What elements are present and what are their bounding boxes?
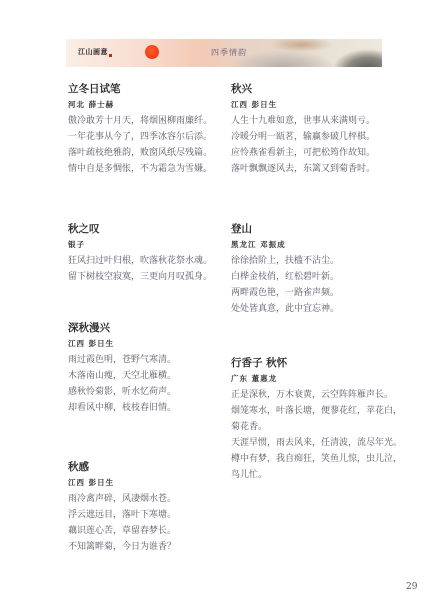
poem-line: 狂风扫过叶归根，吹落秋花祭水魂。 (68, 253, 212, 269)
poem-line: 留下树枝空寂寞，三更向月叹孤身。 (68, 269, 212, 285)
sun-icon (145, 45, 159, 59)
poem-line: 两畔霞色艳，一路雀声频。 (231, 285, 339, 301)
poem-author: 黑龙江 邓振成 (231, 240, 339, 250)
poem-line: 落叶疏枝绝雅韵，败窗风纸尽残篇。 (68, 145, 212, 161)
section-title: 四季情韵 (211, 47, 247, 58)
poem-line: 应怜燕雀看新主，可把松筠作故知。 (231, 145, 375, 161)
poem-line: 情中自是多惆怅，不为霜急为雪嫌。 (68, 161, 212, 177)
poem-line: 感秋怜菊影，听水忆荷声。 (68, 384, 176, 400)
poem: 秋感 江西 彭日生 雨冷禽声碎，风凄烟水苍。 浮云遮远目，落叶下寒塘。 藕识莲心… (68, 460, 176, 555)
poem-line: 木落南山瘦，天空北雁横。 (68, 368, 176, 384)
poem-line: 菊花香。 (231, 419, 402, 435)
poem-line: 冷暖分明一瓯茗，输赢参破几枰棋。 (231, 129, 375, 145)
header-banner: 江山画意 四季情韵 (66, 39, 382, 67)
poem: 秋兴 江西 彭日生 人生十九难如意，世事从来满则亏。 冷暖分明一瓯茗，输赢参破几… (231, 82, 375, 177)
poem: 登山 黑龙江 邓振成 徐徐拾阶上，扶槛不沾尘。 白桦金枝俏，红松碧叶新。 两畔霞… (231, 222, 339, 317)
poem-line: 浮云遮远目，落叶下寒塘。 (68, 507, 176, 523)
poem-title: 登山 (231, 222, 339, 236)
page-number: 29 (406, 582, 417, 592)
poem-line: 徐徐拾阶上，扶槛不沾尘。 (231, 253, 339, 269)
poem-line: 雨冷禽声碎，风凄烟水苍。 (68, 491, 176, 507)
poem-title: 行香子 秋怀 (231, 356, 402, 370)
poem-line: 一年花事从今了，四季冰容尔后添。 (68, 129, 212, 145)
banner-logo-text: 江山画意 (78, 47, 108, 56)
poem-title: 秋之叹 (68, 222, 212, 236)
poem-title: 秋感 (68, 460, 176, 474)
poem-line: 却看风中柳，枝枝春旧情。 (68, 400, 176, 416)
poem-title: 深秋漫兴 (68, 321, 176, 335)
poem-line: 傲冷敢芳十月天，将烟困柳雨廉纤。 (68, 113, 212, 129)
poem-author: 江西 彭日生 (68, 478, 176, 488)
poem-line: 人生十九难如意，世事从来满则亏。 (231, 113, 375, 129)
poem-line: 樽中有梦，我自痴狂，笑鱼儿惊，虫儿泣， (231, 451, 402, 467)
poem-line: 天涯早惯，雨去风来，任清波，流尽年光。 (231, 435, 402, 451)
poem-author: 银子 (68, 240, 212, 250)
banner-mountain-decoration (316, 41, 382, 67)
poem-author: 江西 彭日生 (231, 100, 375, 110)
poem: 立冬日试笔 河北 薛士赫 傲冷敢芳十月天，将烟困柳雨廉纤。 一年花事从今了，四季… (68, 82, 212, 177)
poem-line: 不知篱畔菊，今日为谁香？ (68, 539, 176, 555)
poem-author: 河北 薛士赫 (68, 100, 212, 110)
poem-line: 白桦金枝俏，红松碧叶新。 (231, 269, 339, 285)
poem-line: 藕识莲心苦，草留春梦长。 (68, 523, 176, 539)
seal-icon (109, 54, 112, 57)
poem-line: 落叶飘飘逐风去，东篱又到菊香时。 (231, 161, 375, 177)
poem-title: 秋兴 (231, 82, 375, 96)
poem-line: 处处皆真意，此中宜忘神。 (231, 301, 339, 317)
poem-line: 雨过霞色明，苍野气寒清。 (68, 352, 176, 368)
poem-title: 立冬日试笔 (68, 82, 212, 96)
poem: 行香子 秋怀 广东 董惠龙 正是深秋，万木衰黄，云空阵阵雁声长。 烟笼寒水，叶落… (231, 356, 402, 483)
poem-line: 烟笼寒水，叶落长塘，便蓼花红，苹花白， (231, 403, 402, 419)
poem-author: 广东 董惠龙 (231, 374, 402, 384)
banner-logo: 江山画意 (78, 47, 112, 57)
poem-line: 正是深秋，万木衰黄，云空阵阵雁声长。 (231, 387, 402, 403)
poem: 秋之叹 银子 狂风扫过叶归根，吹落秋花祭水魂。 留下树枝空寂寞，三更向月叹孤身。 (68, 222, 212, 285)
poem: 深秋漫兴 江西 彭日生 雨过霞色明，苍野气寒清。 木落南山瘦，天空北雁横。 感秋… (68, 321, 176, 416)
poem-line: 鸟儿忙。 (231, 467, 402, 483)
poem-author: 江西 彭日生 (68, 339, 176, 349)
